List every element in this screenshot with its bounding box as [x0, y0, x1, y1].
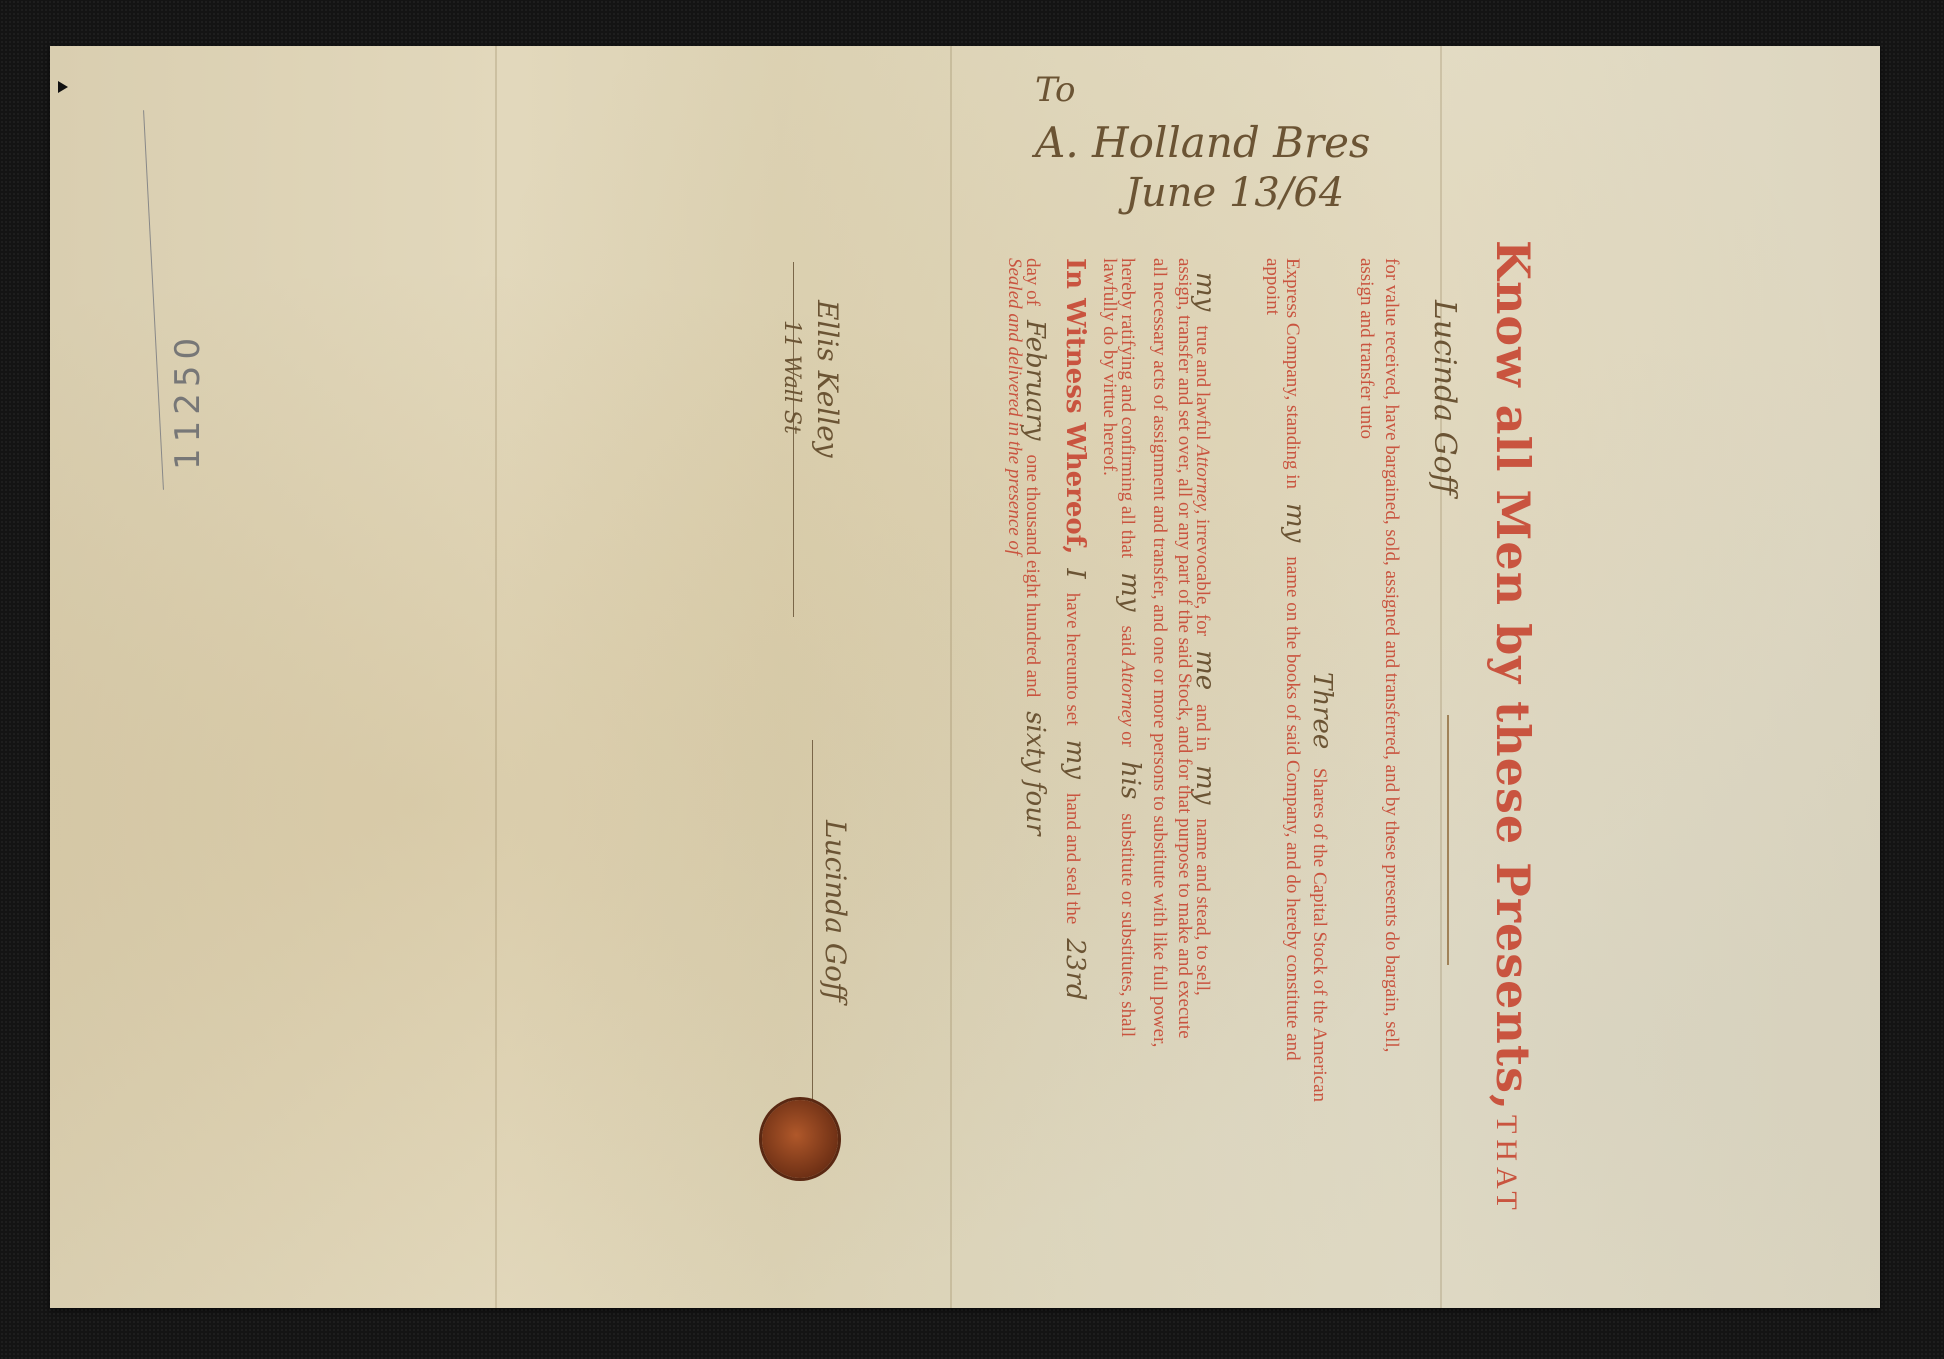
text-line-11: In Witness Whereof,Ihave hereunto setmyh… [1060, 258, 1090, 1015]
grantor-signature: Lucinda Goff [819, 820, 852, 1002]
text-line-4: Express Company, standing inmyname on th… [1280, 258, 1310, 1061]
shares-count: Three [1307, 672, 1337, 749]
heading-that: THAT [1490, 1115, 1523, 1216]
text-line-1: for value received, have bargained, sold… [1380, 258, 1402, 1052]
document-paper [50, 46, 1880, 1308]
signature-line [812, 740, 813, 1100]
pencil-number: 11250 [168, 332, 208, 470]
fold-crease [1440, 46, 1442, 1308]
sealed-line: Sealed and delivered in the presence of [1003, 258, 1025, 555]
witness-address: 11 Wall St [779, 320, 804, 434]
annotation-date: June 13/64 [1125, 170, 1344, 216]
annotation-to: To [1035, 70, 1076, 110]
text-line-2: assign and transfer unto [1355, 258, 1377, 439]
witness-signature: Ellis Kelley [811, 300, 844, 458]
grantor-underline [1447, 715, 1449, 965]
grantor-name: Lucinda Goff [1427, 300, 1462, 495]
fold-crease [495, 46, 497, 1308]
heading: Know all Men by these Presents, THAT [1486, 240, 1540, 1216]
text-line-8: all necessary acts of assignment and tra… [1148, 258, 1170, 1047]
heading-blackletter: Know all Men by these Presents, [1486, 240, 1540, 1111]
text-line-7: assign, transfer and set over, all or an… [1173, 258, 1195, 1039]
witness-line [793, 262, 794, 617]
annotation-name: A. Holland Bres [1035, 118, 1371, 167]
fold-crease [950, 46, 952, 1308]
text-line-3: Three Shares of the Capital Stock of the… [1307, 658, 1337, 1102]
text-line-5: appoint [1261, 258, 1283, 315]
wax-seal-icon [762, 1100, 838, 1178]
punch-hole-icon [58, 81, 68, 93]
witness-heading: In Witness Whereof, [1060, 258, 1090, 554]
text-line-10: lawfully do by virtue hereof. [1098, 258, 1120, 476]
